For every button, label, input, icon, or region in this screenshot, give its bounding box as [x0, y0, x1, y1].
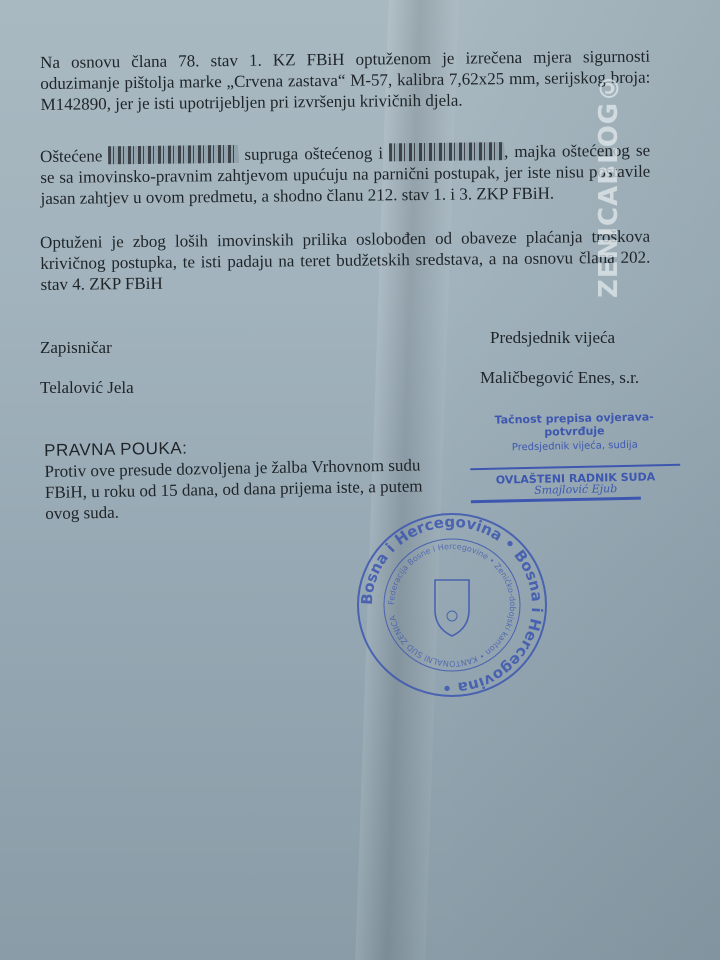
- redacted-name: [108, 145, 238, 164]
- paragraph-damaged-parties: Oštećene supruga oštećenog i , majka ošt…: [40, 140, 651, 209]
- judge-name: Maličbegović Enes, s.r.: [480, 368, 639, 388]
- cert-divider: [470, 464, 680, 470]
- site-watermark: ZENICABLOG©: [594, 28, 634, 298]
- certification-stamp: Tačnost prepisa ovjerava-potvrđuje Preds…: [469, 410, 681, 503]
- stamp-inner-text: Federacija Bosne i Hercegovine • Zeničko…: [387, 542, 517, 668]
- cert-line-2: Predsjednik vijeća, sudija: [470, 439, 680, 454]
- paragraph-costs: Optuženi je zbog loših imovinskih prilik…: [40, 226, 651, 295]
- clerk-name: Telalović Jela: [40, 378, 134, 398]
- svg-text:Federacija Bosne i Hercegovine: Federacija Bosne i Hercegovine • Zeničko…: [387, 542, 517, 668]
- text-segment: supruga oštećenog i: [244, 143, 383, 163]
- court-seal-stamp: Bosna i Hercegovina • Bosna i Hercegovin…: [355, 510, 550, 700]
- text-segment: Oštećene: [40, 146, 103, 166]
- judge-role: Predsjednik vijeća: [490, 328, 615, 348]
- clerk-role: Zapisničar: [40, 338, 112, 358]
- redacted-name: [389, 142, 504, 161]
- paragraph-security-measure: Na osnovu člana 78. stav 1. KZ FBiH optu…: [40, 46, 651, 115]
- cert-line-1: Tačnost prepisa ovjerava-potvrđuje: [469, 410, 679, 440]
